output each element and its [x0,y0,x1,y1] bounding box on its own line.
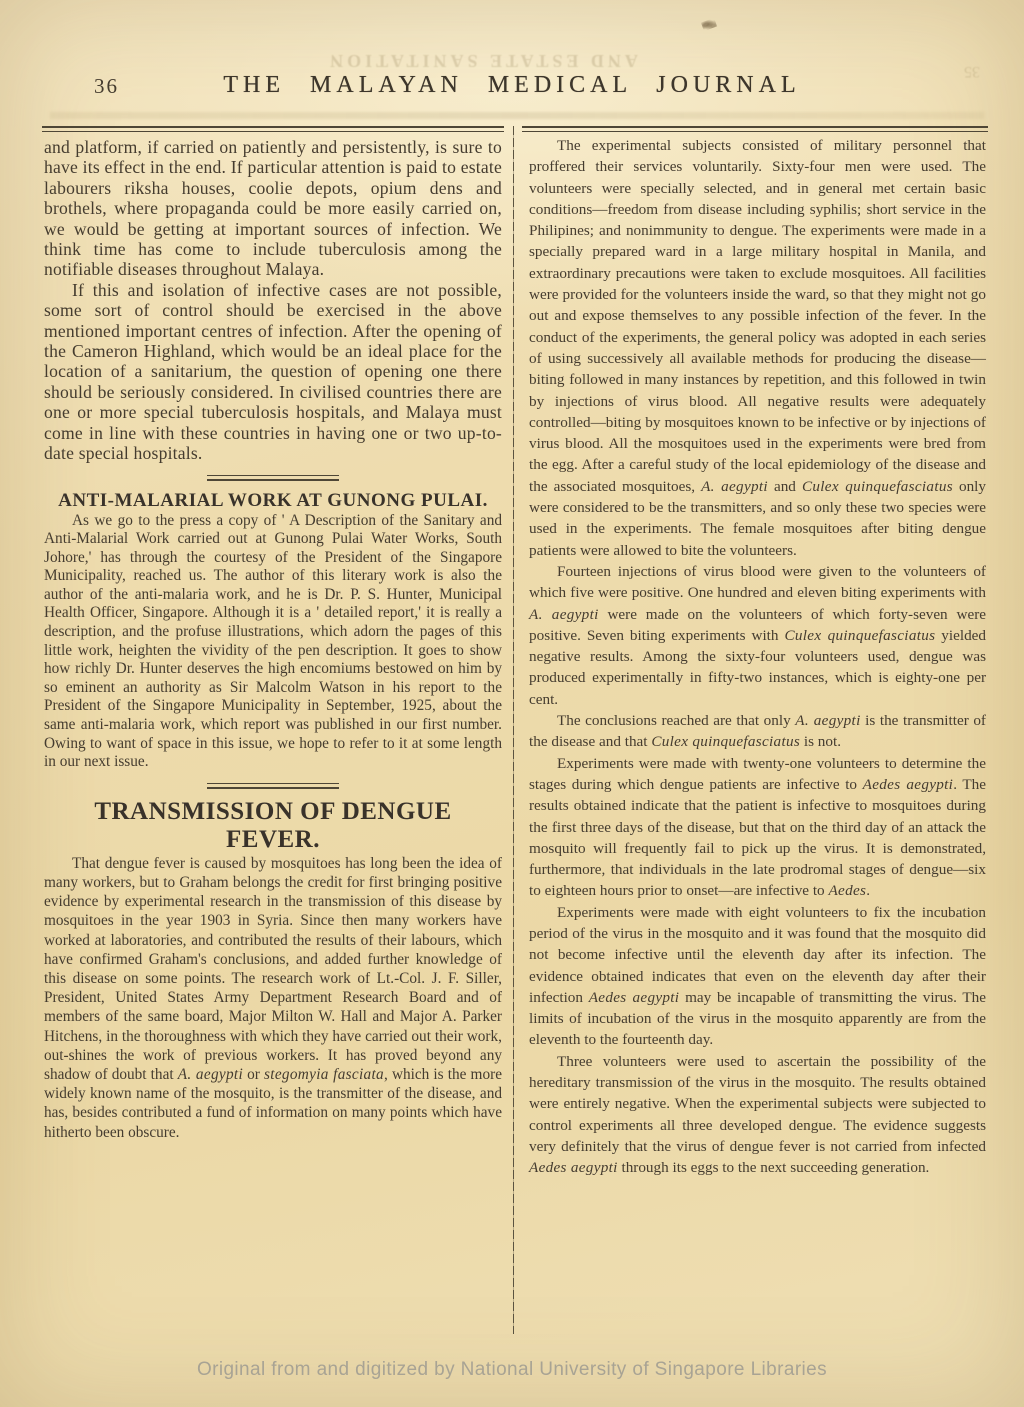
right-column-paragraph-2: Fourteen injections of virus blood were … [529,561,986,710]
right-column-paragraph-1: The experimental subjects consisted of m… [529,135,986,561]
right-column: The experimental subjects consisted of m… [529,135,986,1179]
digitization-credit: Original from and digitized by National … [0,1359,1024,1381]
editorial-paragraph-2: If this and isolation of infective cases… [44,280,502,464]
head-rule-left [42,126,504,132]
head-rule-right [522,126,988,132]
bleed-through-band [50,112,984,119]
editorial-paragraph-1: and platform, if carried on patiently an… [44,137,502,280]
section-separator-rule [207,783,339,789]
section-separator-rule [207,475,339,481]
scanned-journal-page: AND ESTATE SANITATION 35 36 THE MALAYAN … [0,0,1024,1407]
right-column-paragraph-5: Experiments were made with eight volunte… [529,902,986,1051]
column-divider-rule [513,126,514,1334]
bleed-through-text: AND ESTATE SANITATION [0,50,964,71]
right-column-paragraph-4: Experiments were made with twenty-one vo… [529,753,986,902]
ink-speck [701,18,717,31]
journal-title: THE MALAYAN MEDICAL JOURNAL [0,72,1024,99]
left-column: and platform, if carried on patiently an… [44,137,502,1142]
gunong-pulai-paragraph: As we go to the press a copy of ' A Desc… [44,512,502,772]
right-column-paragraph-6: Three volunteers were used to ascertain … [529,1051,986,1179]
right-column-paragraph-3: The conclusions reached are that only A.… [529,710,986,753]
dengue-fever-heading: TRANSMISSION OF DENGUE FEVER. [44,798,502,854]
dengue-fever-paragraph: That dengue fever is caused by mosquitoe… [44,854,502,1142]
gunong-pulai-heading: ANTI-MALARIAL WORK AT GUNONG PULAI. [44,490,502,512]
